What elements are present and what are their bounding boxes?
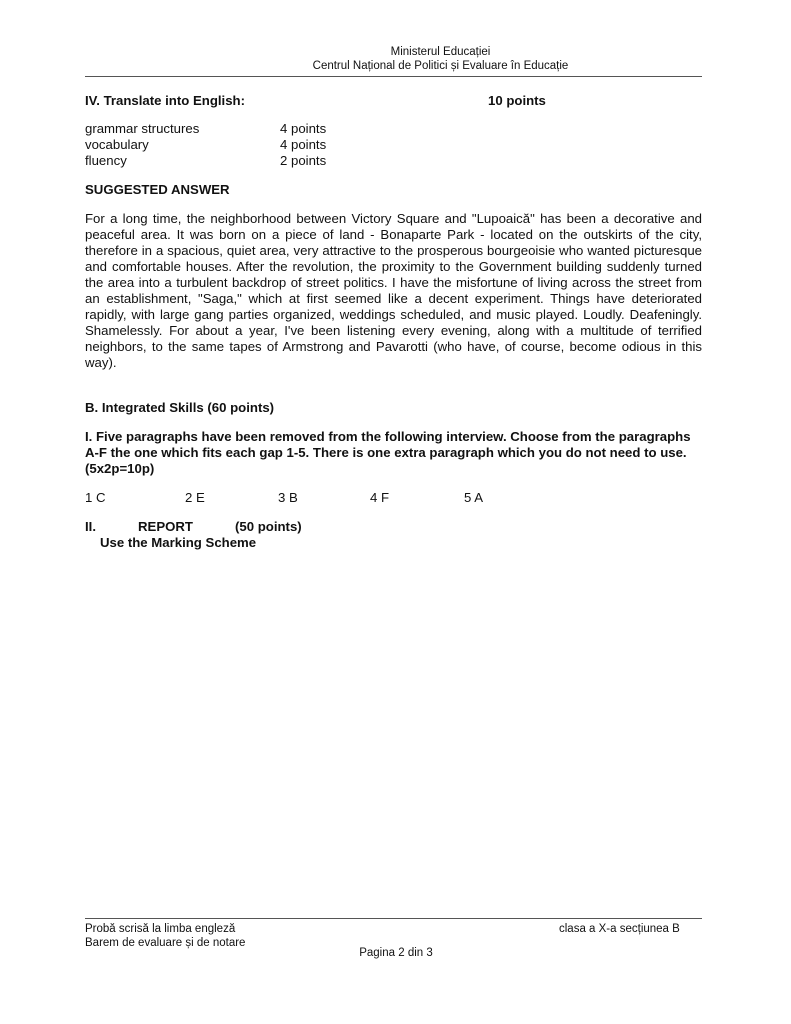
scoring-criteria: grammar structures 4 points vocabulary 4… bbox=[85, 121, 702, 169]
criterion-points: 4 points bbox=[280, 137, 326, 153]
part-ii-number: II. bbox=[85, 519, 96, 535]
ministry-name: Ministerul Educației bbox=[90, 45, 791, 59]
part-ii-note: Use the Marking Scheme bbox=[85, 535, 702, 551]
section-iv-title-row: IV. Translate into English: 10 points bbox=[85, 93, 702, 109]
page-header: Ministerul Educației Centrul Național de… bbox=[0, 45, 791, 73]
answer-item: 4 F bbox=[370, 490, 389, 506]
page-number: Pagina 2 din 3 bbox=[0, 947, 791, 959]
section-b-title: B. Integrated Skills (60 points) bbox=[85, 400, 702, 416]
page-footer: Probă scrisă la limba engleză Barem de e… bbox=[85, 922, 702, 950]
criterion-points: 4 points bbox=[280, 121, 326, 137]
center-name: Centrul Național de Politici și Evaluare… bbox=[90, 59, 791, 73]
answer-item: 3 B bbox=[278, 490, 298, 506]
section-iv-title: IV. Translate into English: bbox=[85, 93, 245, 108]
criterion-row: fluency 2 points bbox=[85, 153, 702, 169]
answer-item: 1 C bbox=[85, 490, 106, 506]
criterion-label: fluency bbox=[85, 153, 127, 168]
part-ii-label: REPORT bbox=[138, 519, 193, 535]
header-divider bbox=[85, 76, 702, 77]
part-ii-points: (50 points) bbox=[235, 519, 302, 535]
footer-divider bbox=[85, 918, 702, 919]
suggested-answer-heading: SUGGESTED ANSWER bbox=[85, 182, 702, 198]
footer-class: clasa a X-a secțiunea B bbox=[559, 922, 680, 936]
part-ii-title: II. REPORT (50 points) bbox=[85, 519, 702, 535]
section-iv-points: 10 points bbox=[488, 93, 546, 109]
answer-item: 2 E bbox=[185, 490, 205, 506]
page-content: IV. Translate into English: 10 points gr… bbox=[85, 93, 702, 551]
criterion-label: vocabulary bbox=[85, 137, 149, 152]
answer-item: 5 A bbox=[464, 490, 483, 506]
criterion-row: grammar structures 4 points bbox=[85, 121, 702, 137]
suggested-answer-text: For a long time, the neighborhood betwee… bbox=[85, 211, 702, 371]
criterion-row: vocabulary 4 points bbox=[85, 137, 702, 153]
criterion-points: 2 points bbox=[280, 153, 326, 169]
part-i-instruction: I. Five paragraphs have been removed fro… bbox=[85, 429, 702, 477]
criterion-label: grammar structures bbox=[85, 121, 199, 136]
answer-key: 1 C 2 E 3 B 4 F 5 A bbox=[85, 490, 702, 506]
